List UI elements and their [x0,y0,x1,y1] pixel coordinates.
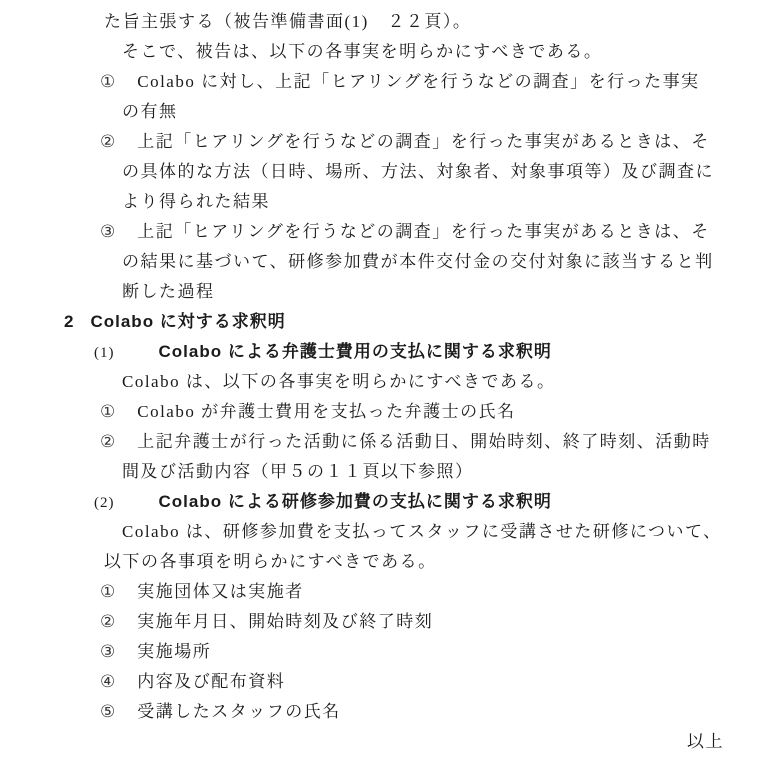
doc-text-line: Colabo は、研修参加費を支払ってスタッフに受講させた研修について、 [0,517,772,547]
line-text: の具体的な方法（日時、場所、方法、対象者、対象事項等）及び調査に [122,162,714,181]
circled-number-marker: ① [100,397,115,427]
doc-text-line: そこで、被告は、以下の各事実を明らかにすべきである。 [0,37,772,67]
circled-number-marker: ② [100,607,115,637]
line-text: の結果に基づいて、研修参加費が本件交付金の交付対象に該当すると判 [122,252,714,271]
circled-number-marker: ① [100,67,115,97]
line-text: 上記弁護士が行った活動に係る活動日、開始時刻、終了時刻、活動時 [137,432,711,451]
line-text: 実施団体又は実施者 [137,582,304,601]
numbered-item-line: ②上記「ヒアリングを行うなどの調査」を行った事実があるときは、そ [0,127,772,157]
line-text: 実施年月日、開始時刻及び終了時刻 [137,612,433,631]
doc-text-line: の具体的な方法（日時、場所、方法、対象者、対象事項等）及び調査に [0,157,772,187]
circled-number-marker: ② [100,127,115,157]
numbered-item-line: ③実施場所 [0,637,772,667]
circled-number-marker: ② [100,427,115,457]
line-text: の有無 [122,102,178,121]
section-number-marker: (2) [94,488,115,518]
doc-text-line: より得られた結果 [0,187,772,217]
line-text: 実施場所 [137,642,211,661]
document-page: た旨主張する（被告準備書面(1) ２２頁）。そこで、被告は、以下の各事実を明らか… [0,0,772,772]
line-text: Colabo に対し、上記「ヒアリングを行うなどの調査」を行った事実 [137,72,699,91]
numbered-item-line: ⑤受講したスタッフの氏名 [0,697,772,727]
line-text: Colabo は、研修参加費を支払ってスタッフに受講させた研修について、 [122,522,722,541]
line-text: 受講したスタッフの氏名 [137,702,341,721]
doc-text-line: 間及び活動内容（甲５の１１頁以下参照） [0,457,772,487]
section-heading-line: 2Colabo に対する求釈明 [0,307,772,337]
line-text: 以上 [687,732,724,751]
numbered-item-line: ②実施年月日、開始時刻及び終了時刻 [0,607,772,637]
doc-text-line: た旨主張する（被告準備書面(1) ２２頁）。 [0,7,772,37]
line-text: Colabo に対する求釈明 [90,312,285,331]
doc-text-line: Colabo は、以下の各事実を明らかにすべきである。 [0,367,772,397]
line-text: 上記「ヒアリングを行うなどの調査」を行った事実があるときは、そ [137,132,709,151]
line-text: Colabo は、以下の各事実を明らかにすべきである。 [122,372,556,391]
line-text: より得られた結果 [122,192,270,211]
circled-number-marker: ③ [100,217,115,247]
section-heading-line: (2)Colabo による研修参加費の支払に関する求釈明 [0,487,772,517]
section-number-marker: 2 [64,307,74,337]
closing-line: 以上 [0,727,772,757]
section-number-marker: (1) [94,338,115,368]
section-heading-line: (1)Colabo による弁護士費用の支払に関する求釈明 [0,337,772,367]
numbered-item-line: ③上記「ヒアリングを行うなどの調査」を行った事実があるときは、そ [0,217,772,247]
numbered-item-line: ④内容及び配布資料 [0,667,772,697]
numbered-item-line: ①Colabo に対し、上記「ヒアリングを行うなどの調査」を行った事実 [0,67,772,97]
doc-text-line: 断した過程 [0,277,772,307]
line-text: 上記「ヒアリングを行うなどの調査」を行った事実があるときは、そ [137,222,709,241]
circled-number-marker: ① [100,577,115,607]
circled-number-marker: ④ [100,667,115,697]
line-text: た旨主張する（被告準備書面(1) ２２頁）。 [104,12,471,31]
doc-text-line: 以下の各事項を明らかにすべきである。 [0,547,772,577]
circled-number-marker: ③ [100,637,115,667]
line-text: Colabo による弁護士費用の支払に関する求釈明 [159,342,552,361]
line-text: Colabo による研修参加費の支払に関する求釈明 [159,492,552,511]
line-text: Colabo が弁護士費用を支払った弁護士の氏名 [137,402,515,421]
line-text: 間及び活動内容（甲５の１１頁以下参照） [122,462,474,481]
circled-number-marker: ⑤ [100,697,115,727]
numbered-item-line: ①実施団体又は実施者 [0,577,772,607]
numbered-item-line: ①Colabo が弁護士費用を支払った弁護士の氏名 [0,397,772,427]
doc-text-line: の結果に基づいて、研修参加費が本件交付金の交付対象に該当すると判 [0,247,772,277]
line-text: そこで、被告は、以下の各事実を明らかにすべきである。 [122,42,602,61]
line-text: 以下の各事項を明らかにすべきである。 [104,552,437,571]
numbered-item-line: ②上記弁護士が行った活動に係る活動日、開始時刻、終了時刻、活動時 [0,427,772,457]
line-text: 内容及び配布資料 [137,672,285,691]
doc-text-line: の有無 [0,97,772,127]
line-text: 断した過程 [122,282,215,301]
